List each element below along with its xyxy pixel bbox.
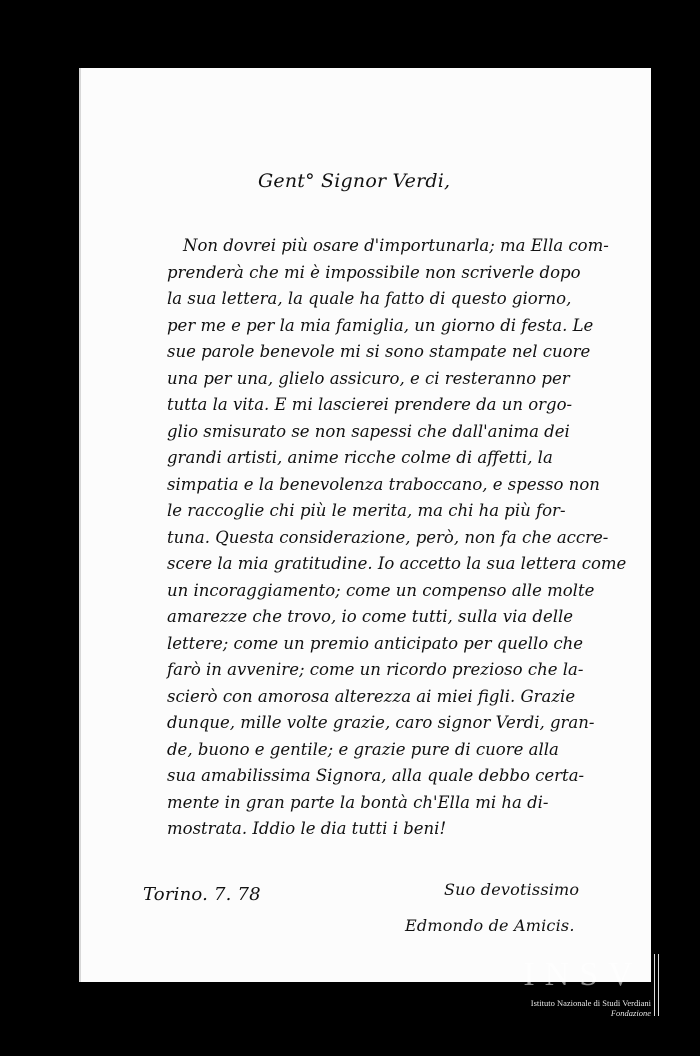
body-line: mostrata. Iddio le dia tutti i beni! [167,816,637,843]
body-line: tutta la vita. E mi lascierei prendere d… [167,392,637,419]
body-line: lettere; come un premio anticipato per q… [167,631,637,658]
body-line: mente in gran parte la bontà ch'Ella mi … [167,790,637,817]
body-line: scierò con amorosa alterezza ai miei fig… [167,684,637,711]
body-line: le raccoglie chi più le merita, ma chi h… [167,498,637,525]
watermark-divider [654,954,659,1016]
letter-body: Non dovrei più osare d'importunarla; ma … [167,233,637,843]
watermark-institution: Istituto Nazionale di Studi Verdiani [531,998,651,1008]
salutation: Gent° Signor Verdi, [258,170,450,192]
body-line: una per una, glielo assicuro, e ci reste… [167,366,637,393]
signature: Edmondo de Amicis. [405,916,575,935]
place-date: Torino. 7. 78 [143,884,261,905]
body-line: Non dovrei più osare d'importunarla; ma … [167,233,637,260]
watermark-subtitle: Fondazione [611,1008,651,1018]
body-line: prenderà che mi è impossibile non scrive… [167,260,637,287]
body-line: un incoraggiamento; come un compenso all… [167,578,637,605]
body-line: glio smisurato se non sapessi che dall'a… [167,419,637,446]
body-line: grandi artisti, anime ricche colme di af… [167,445,637,472]
institution-watermark: INSV Istituto Nazionale di Studi Verdian… [509,958,659,1018]
body-line: dunque, mille volte grazie, caro signor … [167,710,637,737]
body-line: per me e per la mia famiglia, un giorno … [167,313,637,340]
body-line: sua amabilissima Signora, alla quale deb… [167,763,637,790]
body-line: farò in avvenire; come un ricordo prezio… [167,657,637,684]
body-line: de, buono e gentile; e grazie pure di cu… [167,737,637,764]
body-line: scere la mia gratitudine. Io accetto la … [167,551,637,578]
watermark-logo: INSV [509,958,657,992]
letter-page: Gent° Signor Verdi, Non dovrei più osare… [79,68,651,982]
body-line: simpatia e la benevolenza traboccano, e … [167,472,637,499]
closing: Suo devotissimo [444,880,579,899]
body-line: tuna. Questa considerazione, però, non f… [167,525,637,552]
body-line: amarezze che trovo, io come tutti, sulla… [167,604,637,631]
body-line: sue parole benevole mi si sono stampate … [167,339,637,366]
body-line: la sua lettera, la quale ha fatto di que… [167,286,637,313]
